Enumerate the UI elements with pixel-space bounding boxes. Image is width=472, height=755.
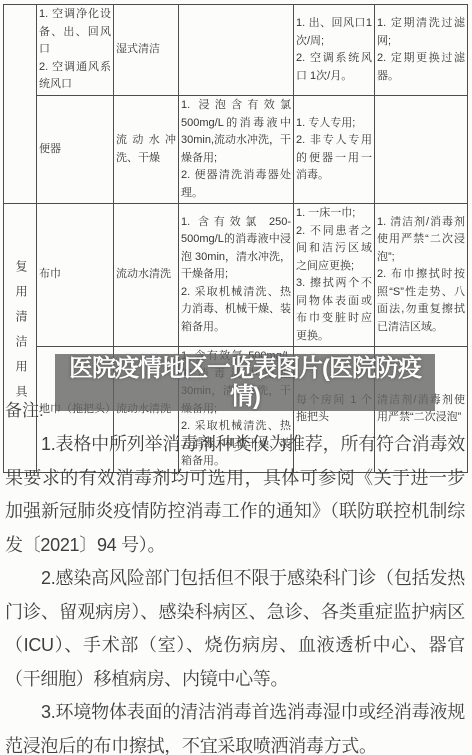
table-cell-disinfection-bedpan: 1. 浸泡含有效氯 500mg/L的消毒液中30min,流动水冲洗，干燥备用; … xyxy=(179,96,294,204)
table-cell-category-empty xyxy=(4,5,37,204)
table-cell-frequency-ac: 1. 出、回风口1次/周; 2. 空调系统风口 1次/月。 xyxy=(294,5,375,96)
table-cell-notes-ac: 1. 定期清洗过滤网; 2. 定期更换过滤器。 xyxy=(375,5,468,96)
table-cell-frequency-cloth: 1. 一床一巾; 2. 不同患者之间和洁污区域之间应更换; 3. 擦拭两个不同物… xyxy=(294,204,375,347)
table-cell-notes-cloth: 1. 清洁剂/消毒剂使用严禁“二次浸泡”; 2. 布巾擦拭时按照“S”性走势、八… xyxy=(375,204,468,347)
table-cell-method-running-water: 流动水清洗 xyxy=(114,204,179,347)
table-cell-item-ac-vents: 1. 空调净化设备、出、回风口 2. 空调通风系统风口 xyxy=(37,5,114,96)
table-cell-method-rinse-dry: 流动水冲洗、干燥 xyxy=(114,96,179,204)
table-cell-method-wet-clean: 湿式清洁 xyxy=(114,5,179,96)
note-paragraph-3: 3.环境物体表面的清洁消毒首选消毒湿巾或经消毒液规范浸泡后的布巾擦拭，不宜采取喷… xyxy=(5,696,465,755)
watermark-text: 医院疫情地区一览表图片(医院防疫情) xyxy=(55,355,435,411)
note-paragraph-2: 2.感染高风险部门包括但不限于感染科门诊（包括发热门诊、留观病房）、感染科病区、… xyxy=(5,562,465,696)
table-cell-disinfection-cloth: 1. 含有效氯 250-500mg/L的消毒液中浸泡 30min，清水冲洗，干燥… xyxy=(179,204,294,347)
table-cell-item-bedpan: 便器 xyxy=(37,96,114,204)
table-cell-frequency-bedpan: 1. 专人专用; 2. 非专人专用的便器一用一消毒。 xyxy=(294,96,375,204)
category-vertical-label: 复用清洁用具 xyxy=(6,260,36,410)
note-paragraph-1: 1.表格中所列举消毒剂种类仅为推荐，所有符合消毒效果要求的有效消毒剂均可选用，具… xyxy=(5,428,465,562)
scanned-document-page: 1. 空调净化设备、出、回风口 2. 空调通风系统风口 湿式清洁 1. 出、回风… xyxy=(0,0,472,755)
table-cell-item-cloth: 布巾 xyxy=(37,204,114,347)
table-cell-disinfection-empty xyxy=(179,5,294,96)
table-cell-notes-bedpan-empty xyxy=(375,96,468,204)
watermark-overlay: 医院疫情地区一览表图片(医院防疫情) xyxy=(55,354,435,411)
notes-section: 备注: 1.表格中所列举消毒剂种类仅为推荐，所有符合消毒效果要求的有效消毒剂均可… xyxy=(5,394,465,755)
